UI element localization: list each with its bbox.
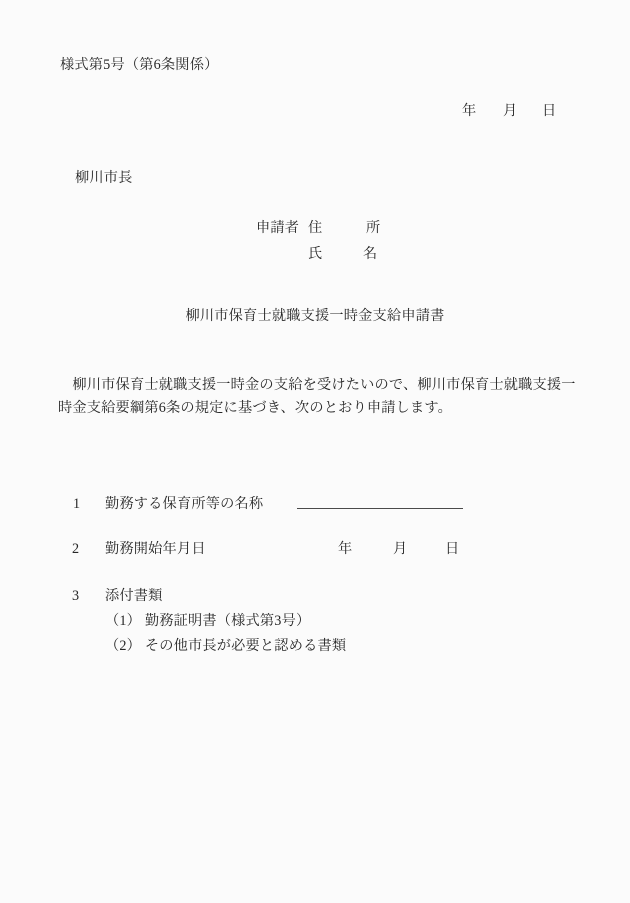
application-form-page: 様式第5号（第6条関係） 年 月 日 柳川市長 申請者 住 所 氏 名 柳川市保… <box>0 0 630 903</box>
item-2-day-label: 日 <box>445 540 459 558</box>
item-1-number: 1 <box>73 495 80 513</box>
applicant-name-label-2: 名 <box>363 245 377 263</box>
body-paragraph-line-1: 柳川市保育士就職支援一時金の支給を受けたいので、柳川市保育士就職支援一 <box>58 376 576 394</box>
attachment-item-1: （1） 勤務証明書（様式第3号） <box>105 612 310 630</box>
item-1-label: 勤務する保育所等の名称 <box>105 495 263 513</box>
applicant-address-label-2: 所 <box>366 219 380 237</box>
item-3-label: 添付書類 <box>105 587 163 605</box>
form-title: 柳川市保育士就職支援一時金支給申請書 <box>0 307 630 325</box>
issue-date-year-label: 年 <box>462 102 476 120</box>
item-2-year-label: 年 <box>338 540 352 558</box>
applicant-address-label-1: 住 <box>308 219 322 237</box>
form-number: 様式第5号（第6条関係） <box>60 56 218 74</box>
attachment-item-2: （2） その他市長が必要と認める書類 <box>105 637 346 655</box>
item-3-number: 3 <box>72 587 79 605</box>
addressee: 柳川市長 <box>75 169 133 187</box>
item-2-month-label: 月 <box>393 540 407 558</box>
item-2-label: 勤務開始年月日 <box>105 540 206 558</box>
body-paragraph-line-2: 時金支給要綱第6条の規定に基づき、次のとおり申請します。 <box>58 399 452 417</box>
item-1-blank-underline <box>297 508 463 509</box>
applicant-name-label-1: 氏 <box>308 245 322 263</box>
applicant-label: 申請者 <box>256 219 299 237</box>
item-2-number: 2 <box>72 540 79 558</box>
issue-date-day-label: 日 <box>542 102 556 120</box>
issue-date-month-label: 月 <box>503 102 517 120</box>
